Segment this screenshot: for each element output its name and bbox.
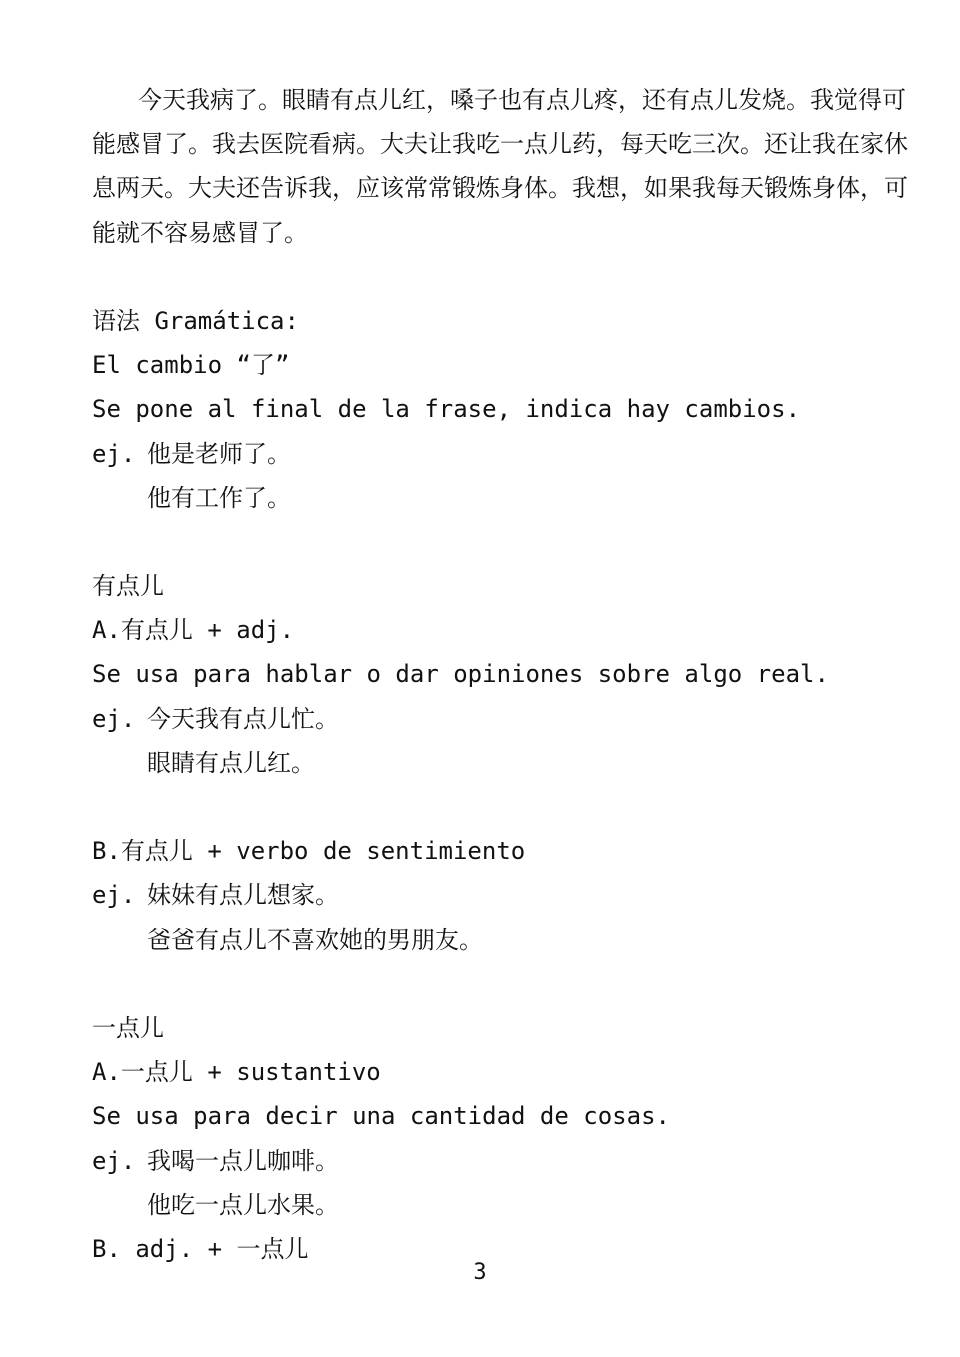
paragraph-line: 能感冒了。我去医院看病。大夫让我吃一点儿药，每天吃三次。还让我在家休 bbox=[92, 122, 890, 166]
grammar-heading: 语法 Gramática: bbox=[92, 299, 890, 343]
paragraph-line: 今天我病了。眼睛有点儿红，嗓子也有点儿疼，还有点儿发烧。我觉得可 bbox=[92, 78, 890, 122]
le-section-title: El cambio “了” bbox=[92, 343, 890, 387]
youdianr-b-title: B.有点儿 + verbo de sentimiento bbox=[92, 829, 890, 873]
example-sentence: 他是老师了。 bbox=[147, 440, 291, 468]
example-line: ej.妹妹有点儿想家。 bbox=[92, 873, 890, 917]
blank-line bbox=[92, 520, 890, 564]
example-sentence: 妹妹有点儿想家。 bbox=[147, 881, 339, 909]
example-sentence: 眼睛有点儿红。 bbox=[92, 741, 890, 785]
example-line: ej.我喝一点儿咖啡。 bbox=[92, 1139, 890, 1183]
example-sentence: 我喝一点儿咖啡。 bbox=[147, 1147, 339, 1175]
ej-label: ej. bbox=[92, 697, 147, 741]
le-section-explanation: Se pone al final de la frase, indica hay… bbox=[92, 387, 890, 431]
ej-label: ej. bbox=[92, 1139, 147, 1183]
ej-label: ej. bbox=[92, 432, 147, 476]
example-sentence: 今天我有点儿忙。 bbox=[147, 705, 339, 733]
page-number: 3 bbox=[0, 1258, 960, 1288]
example-line: ej.今天我有点儿忙。 bbox=[92, 697, 890, 741]
paragraph-line: 能就不容易感冒了。 bbox=[92, 211, 890, 255]
youdianr-heading: 有点儿 bbox=[92, 564, 890, 608]
youdianr-a-title: A.有点儿 + adj. bbox=[92, 608, 890, 652]
example-sentence: 他有工作了。 bbox=[92, 476, 890, 520]
blank-line bbox=[92, 255, 890, 299]
example-sentence: 爸爸有点儿不喜欢她的男朋友。 bbox=[92, 918, 890, 962]
yidianr-heading: 一点儿 bbox=[92, 1006, 890, 1050]
blank-line bbox=[92, 962, 890, 1006]
document-page: 今天我病了。眼睛有点儿红，嗓子也有点儿疼，还有点儿发烧。我觉得可 能感冒了。我去… bbox=[0, 0, 960, 1357]
ej-label: ej. bbox=[92, 873, 147, 917]
example-sentence: 他吃一点儿水果。 bbox=[92, 1183, 890, 1227]
document-content: 今天我病了。眼睛有点儿红，嗓子也有点儿疼，还有点儿发烧。我觉得可 能感冒了。我去… bbox=[92, 78, 890, 1271]
yidianr-a-explanation: Se usa para decir una cantidad de cosas. bbox=[92, 1094, 890, 1138]
paragraph-line: 息两天。大夫还告诉我，应该常常锻炼身体。我想，如果我每天锻炼身体，可 bbox=[92, 166, 890, 210]
youdianr-a-explanation: Se usa para hablar o dar opiniones sobre… bbox=[92, 652, 890, 696]
example-line: ej.他是老师了。 bbox=[92, 432, 890, 476]
yidianr-a-title: A.一点儿 + sustantivo bbox=[92, 1050, 890, 1094]
blank-line bbox=[92, 785, 890, 829]
